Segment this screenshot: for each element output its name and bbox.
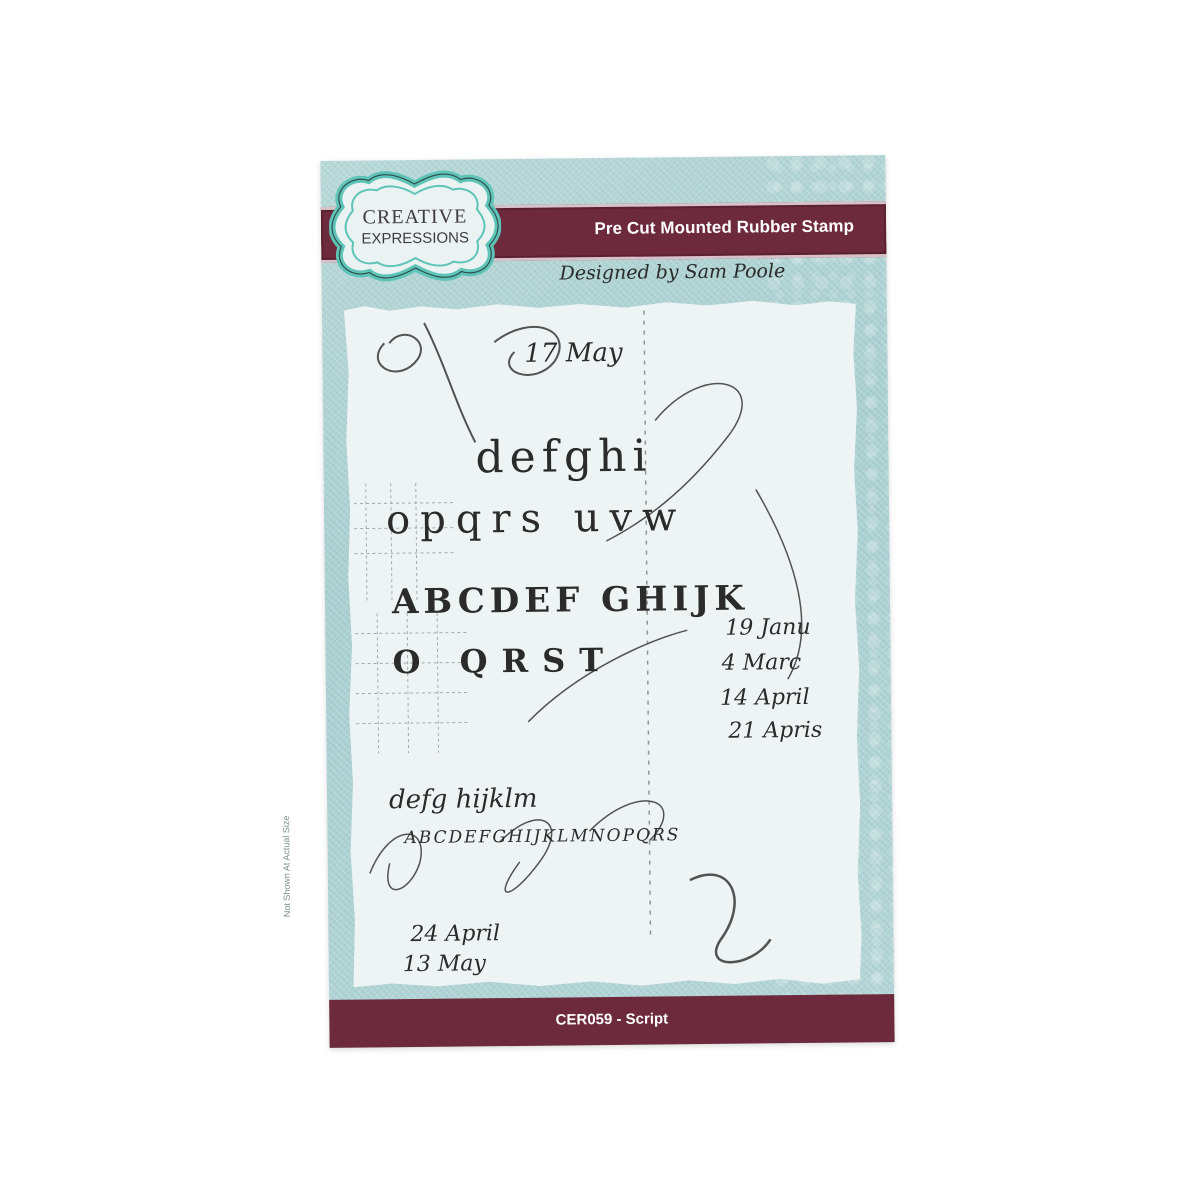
stamp-date-bottom-2: 13 May [403, 951, 487, 977]
designer-credit: Designed by Sam Poole [559, 260, 785, 284]
stamp-artwork: 17 May defghi opqrs uvw ABCDEF GHIJK O Q… [344, 298, 863, 988]
stamp-text-cursive: defg hijklm [389, 784, 538, 816]
stamp-date-1: 19 Janu [725, 615, 811, 641]
size-disclaimer: Not Shown At Actual Size [281, 816, 292, 918]
stamp-text-small-caps: ABCDEFGHIJKLMNOPQRS [402, 825, 680, 848]
stamp-date-2: 4 Marc [721, 650, 802, 676]
stamp-package-card: Pre Cut Mounted Rubber Stamp CREATIVE EX… [320, 155, 894, 1048]
stamp-text-lowercase-1: defghi [475, 431, 653, 484]
stamp-date-bottom-1: 24 April [409, 921, 500, 947]
brand-name-line1: CREATIVE [329, 205, 501, 230]
stamp-date-3: 14 April [720, 685, 810, 711]
footer-band: CER059 - Script [329, 994, 894, 1048]
stamp-date-4: 21 Apris [727, 718, 822, 744]
product-type-title: Pre Cut Mounted Rubber Stamp [594, 216, 854, 239]
stamp-text-uppercase-2: O QRST [392, 641, 617, 681]
script-collage-image: 17 May defghi opqrs uvw ABCDEF GHIJK O Q… [344, 298, 863, 988]
brand-logo: CREATIVE EXPRESSIONS [328, 169, 501, 283]
stamp-text-date-top: 17 May [524, 338, 623, 369]
product-code-label: CER059 - Script [329, 1008, 894, 1031]
brand-name-line2: EXPRESSIONS [329, 229, 501, 248]
stamp-text-uppercase-1: ABCDEF GHIJK [391, 579, 749, 623]
stamp-text-lowercase-2: opqrs uvw [386, 494, 687, 543]
